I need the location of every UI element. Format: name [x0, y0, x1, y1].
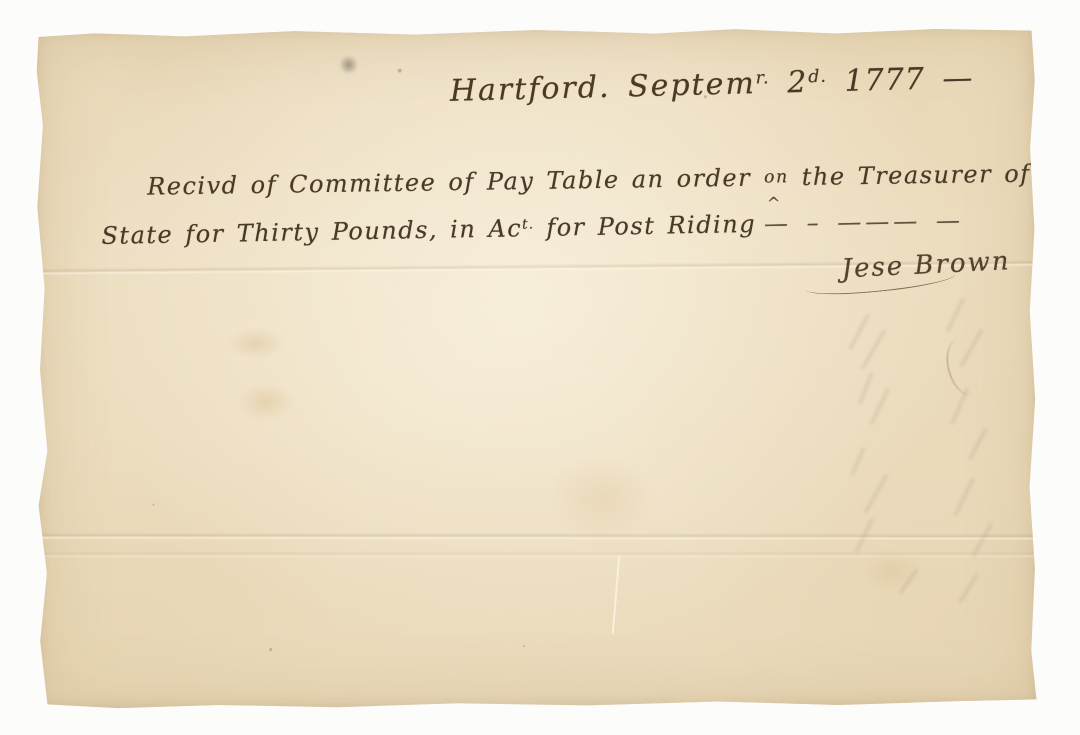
ink-speck — [269, 648, 272, 651]
bleed-through-marks — [35, 26, 1039, 709]
body-line-2-superscript: t. — [522, 216, 534, 232]
foxing-stain — [847, 541, 937, 601]
foxing-stain — [226, 374, 306, 429]
bleed-through-stroke — [972, 523, 993, 557]
bleed-through-stroke — [858, 372, 873, 405]
dateline-dash: — — [942, 61, 974, 97]
ink-speck — [398, 69, 402, 73]
bleed-through-stroke — [958, 573, 978, 603]
fold-crease-bottom — [37, 533, 1038, 541]
ink-speck — [523, 645, 525, 647]
bleed-through-stroke — [849, 313, 870, 350]
bleed-through-stroke — [959, 328, 983, 368]
foxing-stain — [216, 321, 296, 365]
bleed-through-stroke — [954, 478, 975, 517]
dateline-month-superscript: r. — [755, 68, 769, 88]
bleed-through-stroke — [950, 387, 969, 425]
inserted-word: on — [764, 167, 789, 187]
scan-background: Hartford. Septemr. 2d. 1777 — Recivd of … — [0, 0, 1080, 735]
bleed-through-curve — [942, 335, 989, 399]
receipt-paper: Hartford. Septemr. 2d. 1777 — Recivd of … — [35, 26, 1039, 709]
bleed-through-stroke — [861, 329, 886, 370]
dateline: Hartford. Septemr. 2d. 1777 — — [449, 61, 973, 109]
body-line-2-continued: for Post Riding — [546, 210, 756, 242]
ink-smudge-stain — [337, 53, 361, 77]
paper-scratch — [612, 556, 620, 634]
body-line-1: Recivd of Committee of Pay Table an orde… — [147, 159, 1080, 201]
body-line-2-text: State for Thirty Pounds, in Ac — [101, 214, 522, 250]
ink-speck — [153, 504, 155, 506]
bleed-through-stroke — [870, 388, 890, 425]
bleed-through-stroke — [946, 297, 965, 333]
trailing-dashes: — – ——— — — [764, 206, 964, 238]
body-line-2: State for Thirty Pounds, in Act. for Pos… — [101, 206, 964, 250]
dateline-day-superscript: d. — [808, 67, 827, 87]
dateline-month: Septem — [628, 66, 757, 104]
dateline-place: Hartford. — [449, 70, 611, 109]
dateline-day: 2 — [787, 65, 809, 101]
body-line-1-continued: the Treasurer of this — [802, 159, 1080, 191]
foxing-stain — [526, 437, 677, 558]
dateline-year: 1777 — [844, 62, 925, 99]
bleed-through-stroke — [850, 447, 865, 476]
bleed-through-stroke — [864, 474, 888, 514]
bleed-through-stroke — [968, 427, 987, 460]
body-line-1-text: Recivd of Committee of Pay Table an orde… — [147, 164, 751, 201]
